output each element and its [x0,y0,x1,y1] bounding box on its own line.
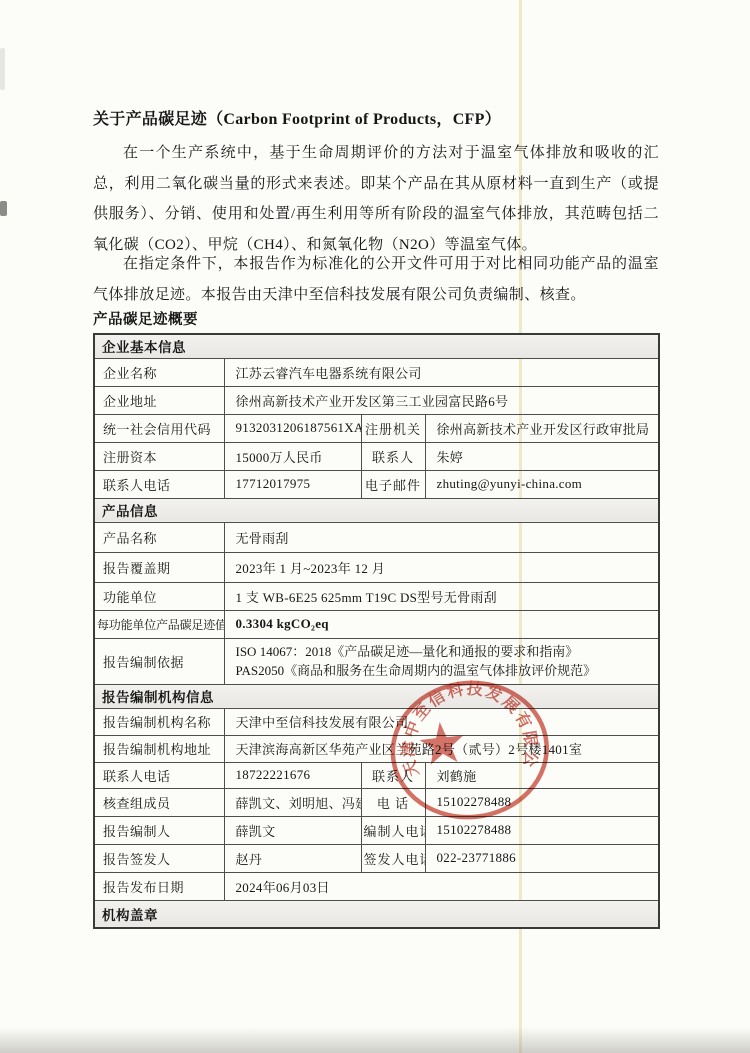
row-label: 报告签发人 [94,844,224,872]
table-row-verification-team: 核查组成员 薛凯文、刘明旭、冯建雨 电 话 15102278488 [94,788,659,816]
section-header-company: 企业基本信息 [94,334,659,358]
table-row-cfp-value: 每功能单位产品碳足迹值 0.3304 kgCO₂eq [94,610,659,638]
row-label: 报告编制依据 [94,638,224,684]
row-label: 联系人电话 [94,470,224,498]
row-value: 2023年 1 月~2023年 12 月 [224,552,659,582]
table-row-credit-code: 统一社会信用代码 9132031206187561XA 注册机关 徐州高新技术产… [94,414,659,442]
row-value: 18722221676 [224,762,361,788]
standard-iso14067: ISO 14067：2018《产品碳足迹—量化和通报的要求和指南》 [236,642,653,661]
row-label-2: 联系人 [361,442,425,470]
row-label: 每功能单位产品碳足迹值 [94,610,224,638]
svg-text:天津中至信科技发展有限公司: 天津中至信科技发展有限公司 [378,666,543,787]
row-value: 薛凯文 [224,816,361,844]
row-value: 15000万人民币 [224,442,361,470]
table-row-company-name: 企业名称 江苏云睿汽车电器系统有限公司 [94,358,659,386]
row-label: 报告编制机构地址 [94,735,224,762]
section-header-label: 产品信息 [94,498,659,522]
row-value-2: 022-23771886 [425,844,659,872]
row-value: 1 支 WB-6E25 625mm T19C DS型号无骨雨刮 [224,582,659,610]
row-value: 薛凯文、刘明旭、冯建雨 [224,788,361,816]
section-header-label: 企业基本信息 [94,334,659,358]
row-label: 产品名称 [94,522,224,552]
scan-smudge [0,201,7,216]
row-value: 赵丹 [224,844,361,872]
paragraph-report-purpose: 在指定条件下，本报告作为标准化的公开文件可用于对比相同功能产品的温室气体排放足迹… [93,249,659,310]
row-label-2: 电子邮件 [361,470,425,498]
document-title: 关于产品碳足迹（Carbon Footprint of Products，CFP… [93,108,658,132]
section-header-seal: 机构盖章 [94,900,659,928]
table-row-release-date: 报告发布日期 2024年06月03日 [94,872,659,900]
section-header-agency: 报告编制机构信息 [94,684,659,708]
row-label: 联系人电话 [94,762,224,788]
paragraph-intro-cfp: 在一个生产系统中，基于生命周期评价的方法对于温室气体排放和吸收的汇总，利用二氧化… [93,138,659,260]
row-value: 9132031206187561XA [224,414,361,442]
table-row-agency-name: 报告编制机构名称 天津中至信科技发展有限公司 [94,708,659,735]
row-value: 无骨雨刮 [224,522,659,552]
row-label: 报告覆盖期 [94,552,224,582]
table-row-agency-contact-phone: 联系人电话 18722221676 联系人 刘鹤施 [94,762,659,788]
row-value-2: 朱婷 [425,442,659,470]
seal-company-text: 天津中至信科技发展有限公司 [378,666,543,787]
row-label: 企业地址 [94,386,224,414]
table-row-agency-address: 报告编制机构地址 天津滨海高新区华苑产业区兰苑路2号（贰号）2号楼1401室 [94,735,659,762]
row-label: 报告编制人 [94,816,224,844]
seal-graphic: 天津中至信科技发展有限公司 [378,666,561,839]
scan-shadow [0,1027,750,1053]
row-label: 企业名称 [94,358,224,386]
row-label: 统一社会信用代码 [94,414,224,442]
row-value: 17712017975 [224,470,361,498]
cfp-summary-table: 企业基本信息 企业名称 江苏云睿汽车电器系统有限公司 企业地址 徐州高新技术产业… [93,333,660,929]
table-heading: 产品碳足迹概要 [93,308,198,329]
row-value: 2024年06月03日 [224,872,659,900]
table-row-report-period: 报告覆盖期 2023年 1 月~2023年 12 月 [94,552,659,582]
row-value: 江苏云睿汽车电器系统有限公司 [224,358,659,386]
row-value-cfp-number: 0.3304 kgCO₂eq [224,610,659,638]
row-label-2: 注册机关 [361,414,425,442]
row-label: 报告编制机构名称 [94,708,224,735]
row-value: 徐州高新技术产业开发区第三工业园富民路6号 [224,386,659,414]
row-label: 报告发布日期 [94,872,224,900]
row-label-2: 签发人电话 [361,844,425,872]
row-label: 功能单位 [94,582,224,610]
table-row-report-issuer: 报告签发人 赵丹 签发人电话 022-23771886 [94,844,659,872]
row-label: 核查组成员 [94,788,224,816]
seal-star-icon [418,720,466,766]
company-seal-stamp: 天津中至信科技发展有限公司 [378,666,561,839]
section-header-label: 报告编制机构信息 [94,684,659,708]
table-row-product-name: 产品名称 无骨雨刮 [94,522,659,552]
row-label: 注册资本 [94,442,224,470]
table-row-report-basis: 报告编制依据 ISO 14067：2018《产品碳足迹—量化和通报的要求和指南》… [94,638,659,684]
row-value-2: 徐州高新技术产业开发区行政审批局 [425,414,659,442]
scan-smudge [0,48,5,90]
table-row-functional-unit: 功能单位 1 支 WB-6E25 625mm T19C DS型号无骨雨刮 [94,582,659,610]
document-page: 关于产品碳足迹（Carbon Footprint of Products，CFP… [0,0,750,1053]
section-header-product: 产品信息 [94,498,659,522]
table-row-registered-capital: 注册资本 15000万人民币 联系人 朱婷 [94,442,659,470]
table-row-report-author: 报告编制人 薛凯文 编制人电话 15102278488 [94,816,659,844]
table-row-contact-phone: 联系人电话 17712017975 电子邮件 zhuting@yunyi-chi… [94,470,659,498]
section-header-label: 机构盖章 [94,900,659,928]
table-row-company-address: 企业地址 徐州高新技术产业开发区第三工业园富民路6号 [94,386,659,414]
row-value-2: zhuting@yunyi-china.com [425,470,659,498]
